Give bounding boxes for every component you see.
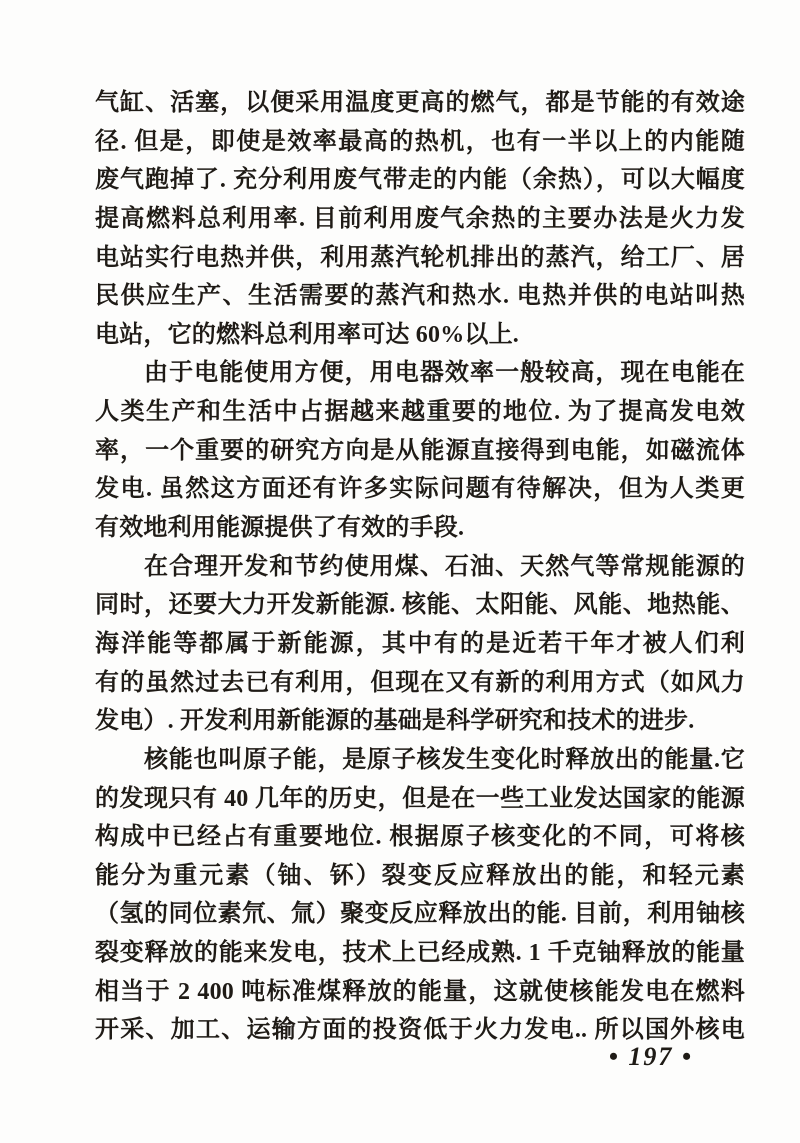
page-text: 气缸、活塞，以便采用温度更高的燃气，都是节能的有效途径. 但是，即使是效率最高的… [95,84,745,1050]
text-line: 的发现只有 40 几年的历史，但是在一些工业发达国家的能源 [95,780,745,819]
text-line: 人类生产和生活中占据越来越重要的地位. 为了提高发电效 [95,393,745,432]
text-line: 气缸、活塞，以便采用温度更高的燃气，都是节能的有效途 [95,84,745,123]
text-line: （氢的同位素氘、氚）聚变反应释放出的能. 目前，利用铀核 [95,895,745,934]
text-line: 同时，还要大力开发新能源. 核能、太阳能、风能、地热能、 [95,586,745,625]
text-line: 有的虽然过去已有利用，但现在又有新的利用方式（如风力 [95,664,745,703]
text-line: 电站，它的燃料总利用率可达 60%以上. [95,316,745,355]
text-line: 由于电能使用方便，用电器效率一般较高，现在电能在 [95,354,745,393]
text-line: 能分为重元素（铀、钚）裂变反应释放出的能，和轻元素 [95,857,745,896]
text-line: 民供应生产、生活需要的蒸汽和热水. 电热并供的电站叫热 [95,277,745,316]
text-line: 裂变释放的能来发电，技术上已经成熟. 1 千克铀释放的能量 [95,934,745,973]
text-line: 率，一个重要的研究方向是从能源直接得到电能，如磁流体 [95,432,745,471]
text-line: 废气跑掉了. 充分利用废气带走的内能（余热），可以大幅度 [95,161,745,200]
text-line: 在合理开发和节约使用煤、石油、天然气等常规能源的 [95,548,745,587]
text-line: 径. 但是，即使是效率最高的热机，也有一半以上的内能随 [95,123,745,162]
text-line: 发电. 虽然这方面还有许多实际问题有待解决，但为人类更 [95,470,745,509]
page-number: • 197 • [95,1042,745,1072]
text-line: 构成中已经占有重要地位. 根据原子核变化的不同，可将核 [95,818,745,857]
text-line: 海洋能等都属于新能源，其中有的是近若干年才被人们利用， [95,625,745,664]
text-line: 相当于 2 400 吨标准煤释放的能量，这就使核能发电在燃料 [95,973,745,1012]
text-line: 有效地利用能源提供了有效的手段. [95,509,745,548]
text-line: 发电）. 开发利用新能源的基础是科学研究和技术的进步. [95,702,745,741]
scanned-book-page: 气缸、活塞，以便采用温度更高的燃气，都是节能的有效途径. 但是，即使是效率最高的… [0,0,800,1143]
text-line: 提高燃料总利用率. 目前利用废气余热的主要办法是火力发 [95,200,745,239]
text-line: 电站实行电热并供，利用蒸汽轮机排出的蒸汽，给工厂、居 [95,239,745,278]
text-line: 核能也叫原子能，是原子核发生变化时释放出的能量.它 [95,741,745,780]
